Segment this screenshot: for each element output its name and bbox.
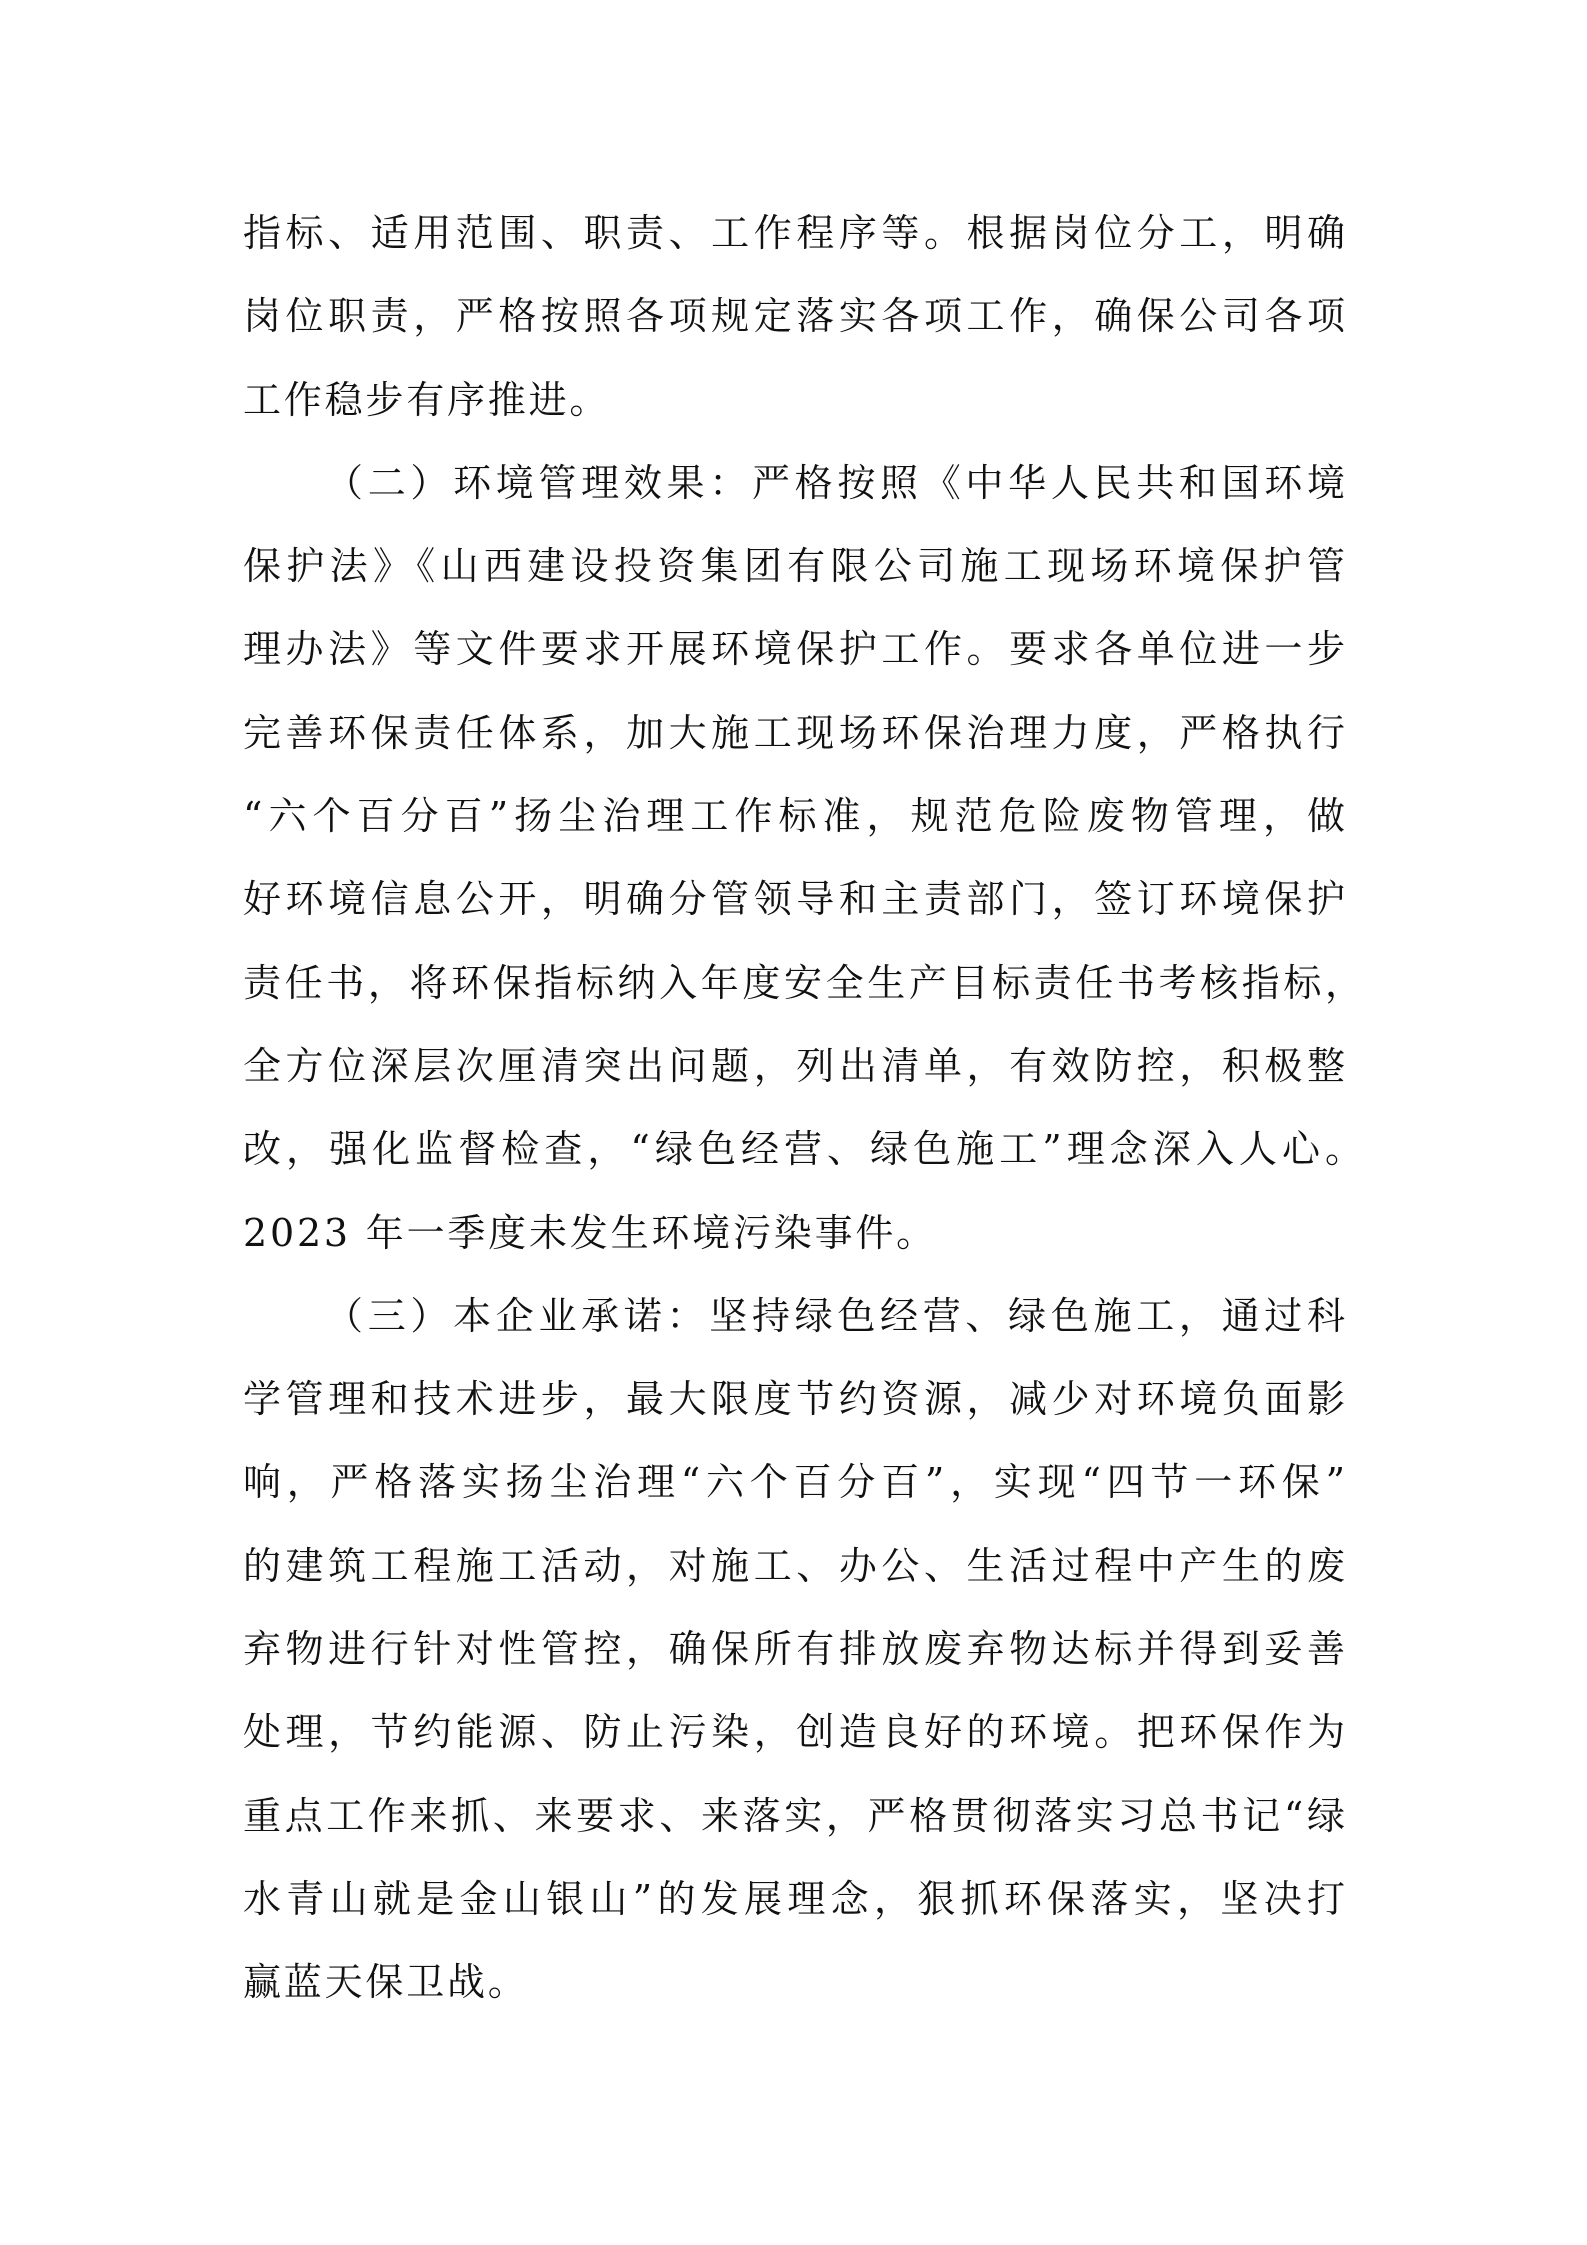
text-line: 学管理和技术进步，最大限度节约资源，减少对环境负面影 — [243, 1358, 1345, 1441]
text-line: 指标、适用范围、职责、工作程序等。根据岗位分工，明确 — [243, 192, 1345, 275]
text-line: 全方位深层次厘清突出问题，列出清单，有效防控，积极整 — [243, 1025, 1345, 1108]
text-line: 岗位职责，严格按照各项规定落实各项工作，确保公司各项 — [243, 275, 1345, 358]
document-body: 指标、适用范围、职责、工作程序等。根据岗位分工，明确 岗位职责，严格按照各项规定… — [243, 192, 1345, 2025]
document-page: 指标、适用范围、职责、工作程序等。根据岗位分工，明确 岗位职责，严格按照各项规定… — [0, 0, 1587, 2245]
text-line: 的建筑工程施工活动，对施工、办公、生活过程中产生的废 — [243, 1525, 1345, 1608]
text-line: 理办法》等文件要求开展环境保护工作。要求各单位进一步 — [243, 608, 1345, 691]
text-line: 赢蓝天保卫战。 — [243, 1941, 1345, 2024]
section-heading-line: （三）本企业承诺：坚持绿色经营、绿色施工，通过科 — [243, 1275, 1345, 1358]
text-line: 改，强化监督检查，“绿色经营、绿色施工”理念深入人心。 — [243, 1108, 1363, 1191]
text-line: 2023 年一季度未发生环境污染事件。 — [243, 1192, 1345, 1275]
text-line: 水青山就是金山银山”的发展理念，狠抓环保落实，坚决打 — [243, 1858, 1345, 1941]
text-line: 保护法》《山西建设投资集团有限公司施工现场环境保护管 — [243, 525, 1345, 608]
text-line: 弃物进行针对性管控，确保所有排放废弃物达标并得到妥善 — [243, 1608, 1345, 1691]
text-line: 处理，节约能源、防止污染，创造良好的环境。把环保作为 — [243, 1691, 1345, 1774]
paragraph-continuation: 指标、适用范围、职责、工作程序等。根据岗位分工，明确 岗位职责，严格按照各项规定… — [243, 192, 1345, 442]
text-line: 好环境信息公开，明确分管领导和主责部门，签订环境保护 — [243, 858, 1345, 941]
section-heading-line: （二）环境管理效果：严格按照《中华人民共和国环境 — [243, 442, 1345, 525]
text-line: 完善环保责任体系，加大施工现场环保治理力度，严格执行 — [243, 692, 1345, 775]
text-line: 重点工作来抓、来要求、来落实，严格贯彻落实习总书记“绿 — [243, 1775, 1345, 1858]
paragraph-environment-management: （二）环境管理效果：严格按照《中华人民共和国环境 保护法》《山西建设投资集团有限… — [243, 442, 1345, 1275]
text-line: 工作稳步有序推进。 — [243, 359, 1345, 442]
text-line: “六个百分百”扬尘治理工作标准，规范危险废物管理，做 — [243, 775, 1345, 858]
text-line: 响，严格落实扬尘治理“六个百分百”，实现“四节一环保” — [243, 1441, 1345, 1524]
paragraph-enterprise-commitment: （三）本企业承诺：坚持绿色经营、绿色施工，通过科 学管理和技术进步，最大限度节约… — [243, 1275, 1345, 2025]
text-line: 责任书，将环保指标纳入年度安全生产目标责任书考核指标， — [243, 942, 1363, 1025]
